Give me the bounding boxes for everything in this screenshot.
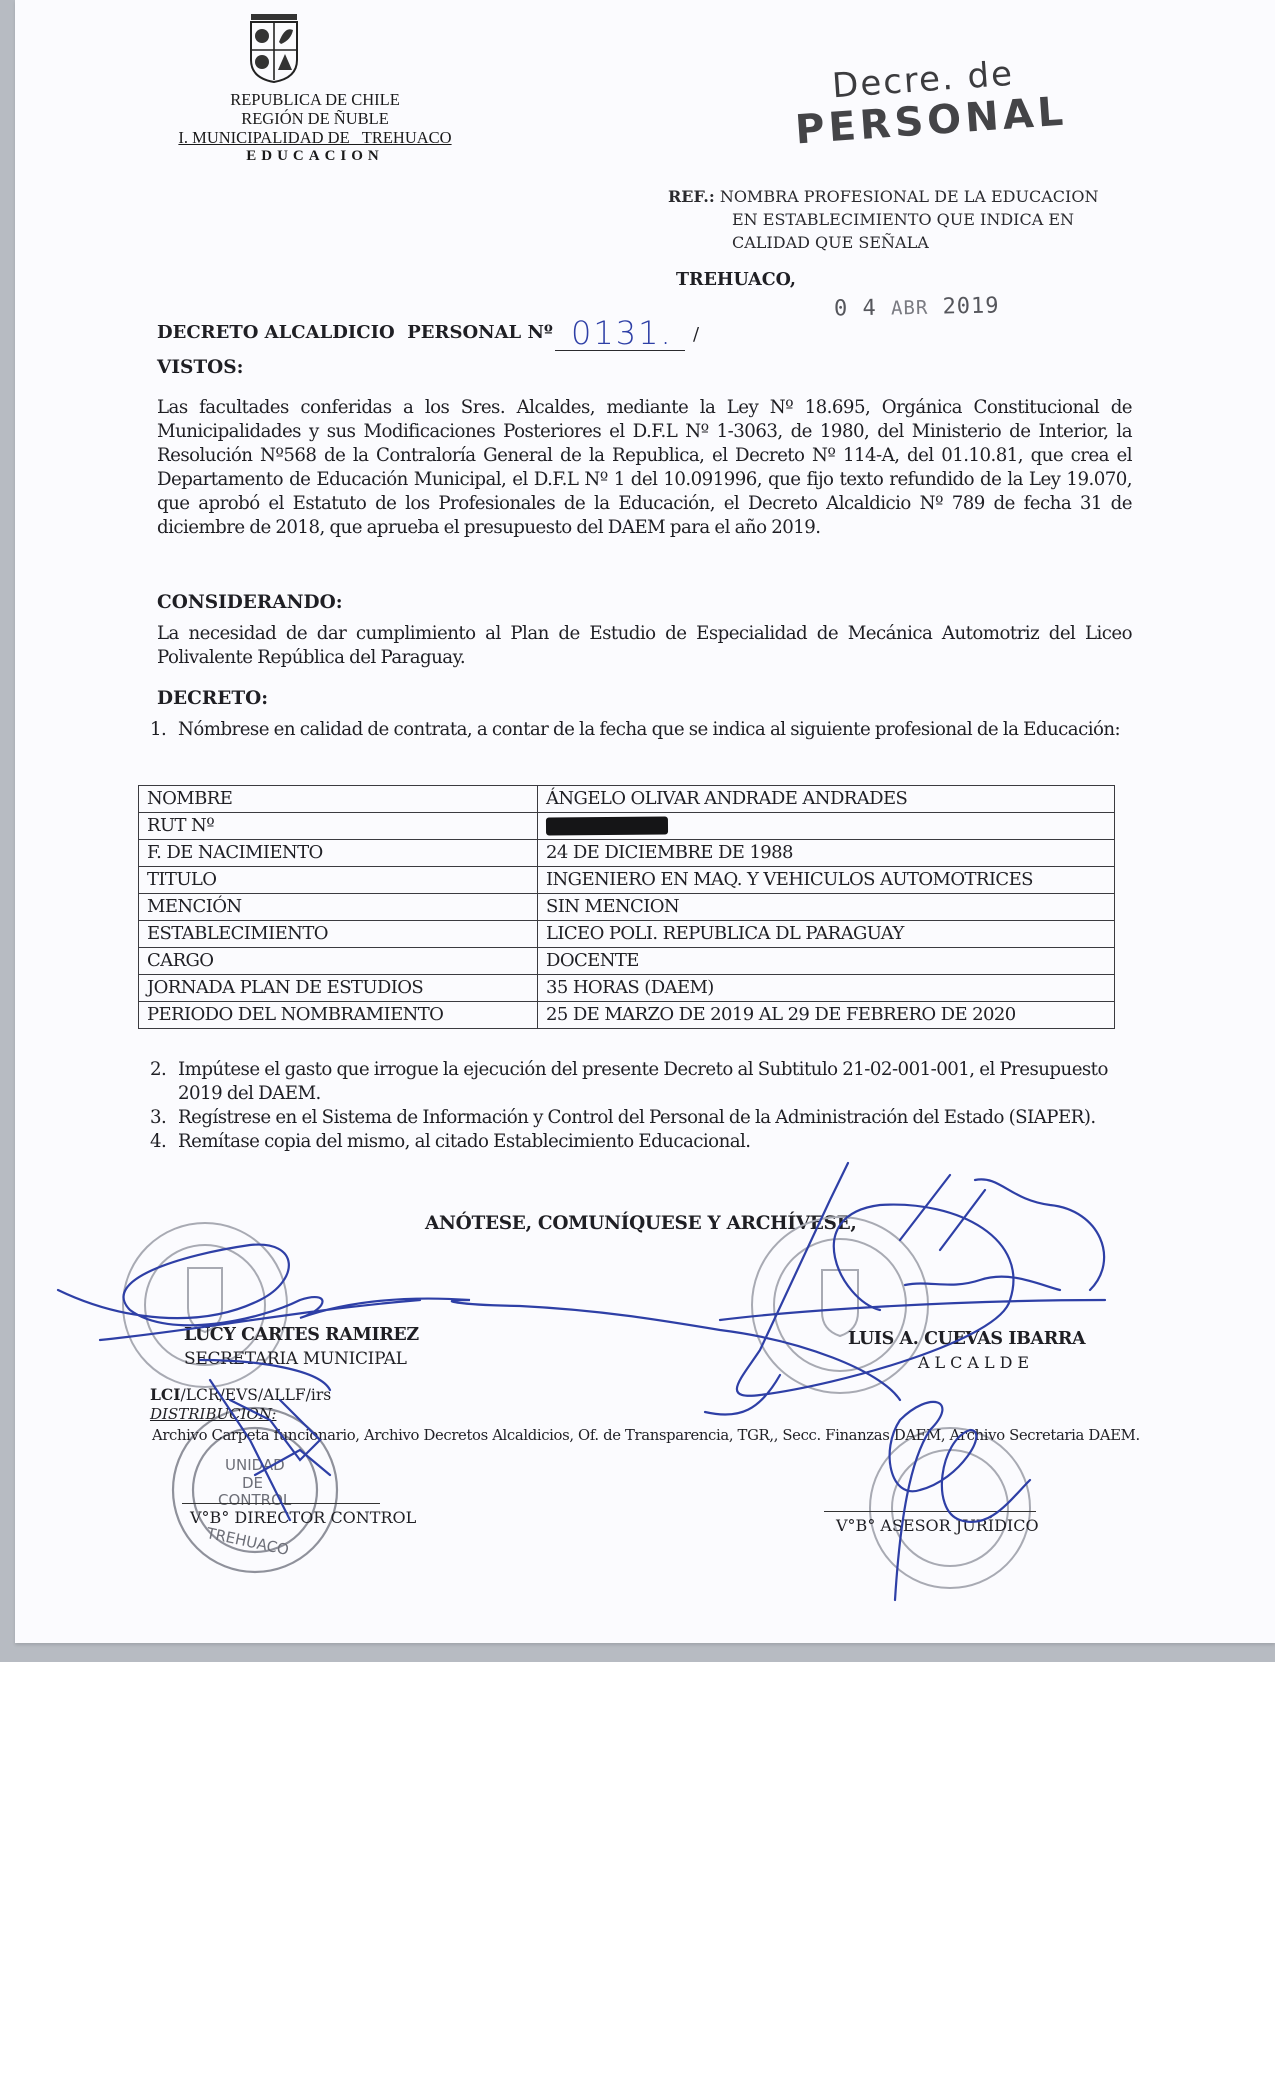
item-number: 1. (150, 718, 178, 742)
field-label: F. DE NACIMIENTO (139, 840, 538, 867)
reference-label: REF.: (668, 187, 715, 206)
decree-title: DECRETO ALCALDICIO PERSONAL Nº (157, 322, 553, 343)
coat-of-arms-icon (247, 12, 301, 84)
decree-item-3: 3.Regístrese en el Sistema de Informació… (150, 1106, 1135, 1130)
country-name: REPUBLICA DE CHILE (150, 90, 480, 109)
reference-block: REF.: NOMBRA PROFESIONAL DE LA EDUCACION… (668, 185, 1138, 254)
field-label: RUT Nº (139, 813, 538, 840)
field-label: MENCIÓN (139, 894, 538, 921)
decree-item-2: 2.Impútese el gasto que irrogue la ejecu… (150, 1058, 1135, 1106)
control-signature-line (182, 1503, 380, 1504)
item-text: Remítase copia del mismo, al citado Esta… (178, 1130, 1135, 1154)
table-row: MENCIÓNSIN MENCION (139, 894, 1115, 921)
distribution-heading: DISTRIBUCION: (150, 1405, 276, 1423)
date-day: 0 4 (834, 296, 877, 322)
municipality-name: I. MUNICIPALIDAD DE TREHUACO (150, 128, 480, 147)
table-row: PERIODO DEL NOMBRAMIENTO25 DE MARZO DE 2… (139, 1002, 1115, 1029)
region-name: REGIÓN DE ÑUBLE (150, 109, 480, 128)
field-value: DOCENTE (538, 948, 1115, 975)
table-row: NOMBREÁNGELO OLIVAR ANDRADE ANDRADES (139, 786, 1115, 813)
date-stamp: 0 4 ABR 2019 (834, 294, 1000, 322)
reference-line-1: NOMBRA PROFESIONAL DE LA EDUCACION (720, 187, 1099, 206)
field-value: SIN MENCION (538, 894, 1115, 921)
considerando-heading: CONSIDERANDO: (157, 592, 343, 613)
date-month: ABR (891, 297, 929, 320)
initials-rest: /LCR/EVS/ALLF/irs (181, 1386, 332, 1404)
field-label: NOMBRE (139, 786, 538, 813)
field-value: ÁNGELO OLIVAR ANDRADE ANDRADES (538, 786, 1115, 813)
control-approval-label: V°B° DIRECTOR CONTROL (190, 1508, 416, 1527)
field-label: JORNADA PLAN DE ESTUDIOS (139, 975, 538, 1002)
table-row: F. DE NACIMIENTO24 DE DICIEMBRE DE 1988 (139, 840, 1115, 867)
decree-item-1: 1.Nómbrese en calidad de contrata, a con… (150, 718, 1135, 742)
secretary-role: SECRETARIA MUNICIPAL (184, 1349, 407, 1369)
table-row: TITULOINGENIERO EN MAQ. Y VEHICULOS AUTO… (139, 867, 1115, 894)
professional-info-table: NOMBREÁNGELO OLIVAR ANDRADE ANDRADESRUT … (138, 785, 1115, 1029)
date-year: 2019 (942, 294, 999, 320)
drafter-initials: LCI/LCR/EVS/ALLF/irs (150, 1385, 331, 1404)
vistos-text: Las facultades conferidas a los Sres. Al… (157, 396, 1132, 540)
item-text: Impútese el gasto que irrogue la ejecuci… (178, 1058, 1135, 1106)
decreto-heading: DECRETO: (157, 688, 268, 709)
legal-approval-label: V°B° ASESOR JURÍDICO (836, 1516, 1039, 1535)
item-text: Nómbrese en calidad de contrata, a conta… (178, 718, 1135, 742)
legal-signature-line (824, 1511, 1036, 1512)
secretary-name: LUCY CARTES RAMIREZ (184, 1325, 419, 1345)
field-value: INGENIERO EN MAQ. Y VEHICULOS AUTOMOTRIC… (538, 867, 1115, 894)
field-label: CARGO (139, 948, 538, 975)
vistos-heading: VISTOS: (157, 357, 243, 378)
field-value: 25 DE MARZO DE 2019 AL 29 DE FEBRERO DE … (538, 1002, 1115, 1029)
table-row: ESTABLECIMIENTOLICEO POLI. REPUBLICA DL … (139, 921, 1115, 948)
reference-line-3: CALIDAD QUE SEÑALA (668, 231, 1138, 254)
field-label: ESTABLECIMIENTO (139, 921, 538, 948)
item-number: 3. (150, 1106, 178, 1130)
redaction-bar (546, 816, 668, 835)
item-text: Regístrese en el Sistema de Información … (178, 1106, 1135, 1130)
mayor-role: ALCALDE (918, 1353, 1034, 1372)
decree-number-field: 0131. (555, 318, 685, 351)
issuer-header: REPUBLICA DE CHILE REGIÓN DE ÑUBLE I. MU… (150, 90, 480, 166)
field-value: LICEO POLI. REPUBLICA DL PARAGUAY (538, 921, 1115, 948)
decree-item-4: 4.Remítase copia del mismo, al citado Es… (150, 1130, 1135, 1154)
item-number: 4. (150, 1130, 178, 1154)
considerando-text: La necesidad de dar cumplimiento al Plan… (157, 622, 1132, 670)
closing-formula: ANÓTESE, COMUNÍQUESE Y ARCHÍVESE, (425, 1213, 857, 1234)
mayor-name: LUIS A. CUEVAS IBARRA (848, 1329, 1085, 1349)
decree-items-2-4: 2.Impútese el gasto que irrogue la ejecu… (150, 1058, 1135, 1154)
field-value (538, 813, 1115, 840)
table-row: JORNADA PLAN DE ESTUDIOS35 HORAS (DAEM) (139, 975, 1115, 1002)
distribution-list: Archivo Carpeta funcionario, Archivo Dec… (152, 1427, 1140, 1444)
table-row: CARGODOCENTE (139, 948, 1115, 975)
department-name: EDUCACION (150, 147, 480, 166)
field-value: 24 DE DICIEMBRE DE 1988 (538, 840, 1115, 867)
field-label: PERIODO DEL NOMBRAMIENTO (139, 1002, 538, 1029)
table-row: RUT Nº (139, 813, 1115, 840)
field-label: TITULO (139, 867, 538, 894)
decree-slash: / (693, 324, 699, 345)
initials-bold: LCI (150, 1385, 181, 1404)
field-value: 35 HORAS (DAEM) (538, 975, 1115, 1002)
item-number: 2. (150, 1058, 178, 1106)
place-name: TREHUACO, (676, 270, 796, 290)
reference-line-2: EN ESTABLECIMIENTO QUE INDICA EN (668, 208, 1138, 231)
decree-number-handwritten: 0131. (571, 314, 673, 352)
